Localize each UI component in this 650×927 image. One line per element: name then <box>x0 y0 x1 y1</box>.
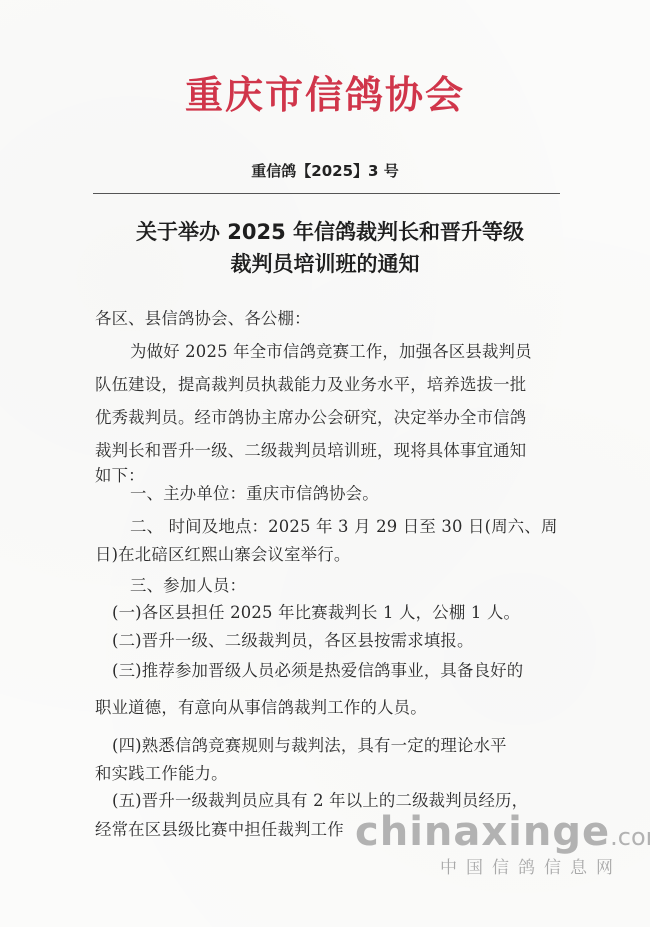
section-1-organizer: 一、主办单位：重庆市信鸽协会。 <box>130 483 379 505</box>
intro-line-3: 优秀裁判员。经市鸽协主席办公会研究，决定举办全市信鸽 <box>95 407 526 429</box>
participant-item-2: (二)晋升一级、二级裁判员，各区县按需求填报。 <box>112 630 474 652</box>
site-watermark: chinaxinge.com 中国信鸽信息网 <box>355 812 650 877</box>
section-2-time-place-line-2: 日)在北碚区红熙山寨会议室举行。 <box>95 544 350 566</box>
organization-letterhead: 重庆市信鸽协会 <box>0 70 650 120</box>
section-3-participants: 三、参加人员： <box>130 575 246 597</box>
document-number: 重信鸽【2025】3 号 <box>0 160 650 182</box>
participant-item-4-line-2: 和实践工作能力。 <box>95 763 228 785</box>
header-separator <box>93 193 560 194</box>
participant-item-3-line-1: (三)推荐参加晋级人员必须是热爱信鸽事业，具备良好的 <box>112 660 523 682</box>
intro-line-2: 队伍建设，提高裁判员执裁能力及业务水平，培养选拔一批 <box>95 374 526 396</box>
intro-line-1: 为做好 2025 年全市信鸽竞赛工作，加强各区县裁判员 <box>130 341 532 363</box>
document-page: 重庆市信鸽协会 重信鸽【2025】3 号 关于举办 2025 年信鸽裁判长和晋升… <box>0 0 650 927</box>
participant-item-4-line-1: (四)熟悉信鸽竞赛规则与裁判法，具有一定的理论水平 <box>112 735 507 757</box>
notice-title-line-1: 关于举办 2025 年信鸽裁判长和晋升等级 <box>0 216 650 248</box>
section-2-time-place-line-1: 二、 时间及地点：2025 年 3 月 29 日至 30 日(周六、周 <box>130 516 558 538</box>
watermark-domain: chinaxinge.com <box>355 812 650 852</box>
notice-title: 关于举办 2025 年信鸽裁判长和晋升等级 裁判员培训班的通知 <box>0 216 650 280</box>
intro-line-4: 裁判长和晋升一级、二级裁判员培训班，现将具体事宜通知 <box>95 440 526 462</box>
participant-item-5-line-2: 经常在区县级比赛中担任裁判工作 <box>95 819 344 841</box>
participant-item-3-line-2: 职业道德，有意向从事信鸽裁判工作的人员。 <box>95 697 427 719</box>
salutation: 各区、县信鸽协会、各公棚： <box>95 308 311 330</box>
notice-title-line-2: 裁判员培训班的通知 <box>0 248 650 280</box>
participant-item-1: (一)各区县担任 2025 年比赛裁判长 1 人，公棚 1 人。 <box>112 602 520 624</box>
watermark-site-name: 中国信鸽信息网 <box>440 860 650 877</box>
